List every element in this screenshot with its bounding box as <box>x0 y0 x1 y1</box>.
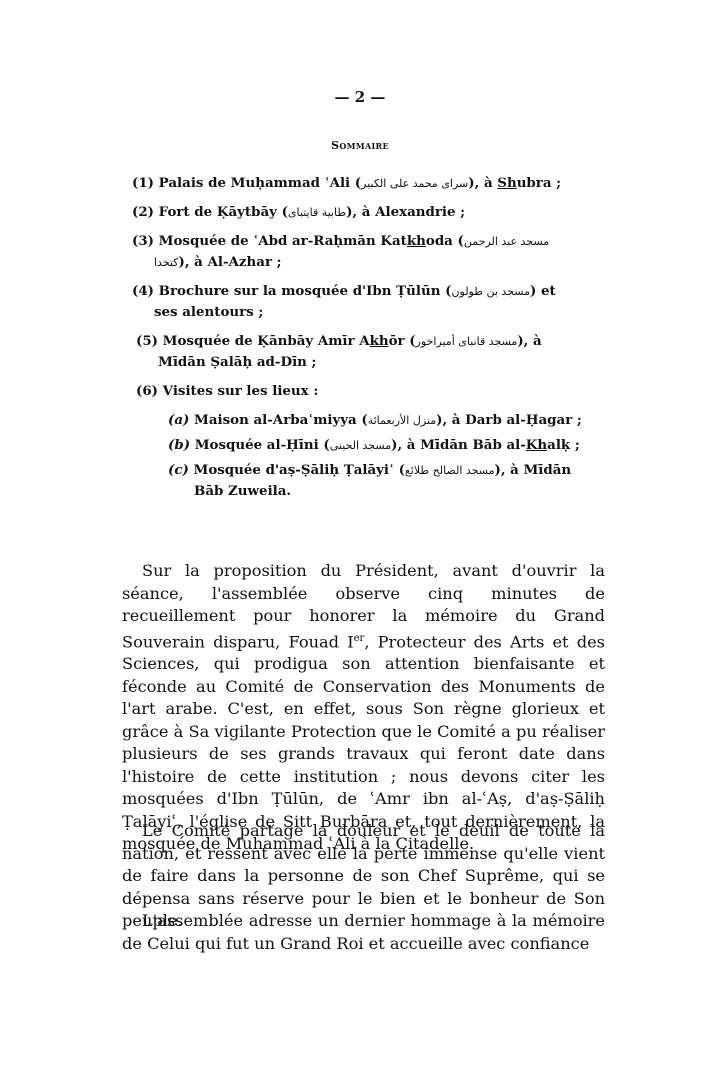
summary-item-4: (4) Brochure sur la mosquée d'Ibn Ṭūlūn … <box>132 281 582 323</box>
item-text: ), à Darb al-Ḥagar ; <box>436 412 582 428</box>
subitem-letter: (c) <box>168 462 189 478</box>
arabic-text: مسجد الحينى <box>330 439 391 452</box>
item-number: (3) <box>132 233 154 249</box>
summary-subitem-a: (a) Maison al-Arbaʿmiyya (منزل الأربعمائ… <box>168 410 582 431</box>
arabic-text: مسجد قانباى أميراخور <box>416 335 518 348</box>
underlined-text: kh <box>370 333 389 349</box>
item-number: (4) <box>132 283 154 299</box>
item-text: Maison al-Arbaʿmiyya ( <box>194 412 368 428</box>
item-text: oda ( <box>426 233 464 249</box>
item-text: Palais de Muḥammad ʿAli ( <box>159 175 361 191</box>
summary-item-6: (6) Visites sur les lieux : <box>136 381 582 402</box>
item-number: (1) <box>132 175 154 191</box>
section-title: Sommaire <box>0 139 720 152</box>
summary-item-1: (1) Palais de Muḥammad ʿAli (سراى محمد ع… <box>132 173 582 194</box>
paragraph-3: L'assemblée adresse un dernier hommage à… <box>122 910 605 955</box>
underlined-text: Kh <box>526 437 547 453</box>
item-text: ), à Al-Azhar ; <box>179 254 282 270</box>
page-number: — 2 — <box>0 88 720 106</box>
item-text: ubra ; <box>517 175 561 191</box>
arabic-text: منزل الأربعمائة <box>368 414 436 427</box>
arabic-text: مسجد بن طولون <box>451 285 530 298</box>
summary-subitem-b: (b) Mosquée al-Ḥīni (مسجد الحينى), à Mīd… <box>168 435 582 456</box>
item-number: (2) <box>132 204 154 220</box>
underlined-text: kh <box>407 233 426 249</box>
item-text: alḳ ; <box>547 437 580 453</box>
item-text: Mosquée al-Ḥīni ( <box>195 437 330 453</box>
item-text: ōr ( <box>389 333 416 349</box>
item-text: Fort de Ḳāytbāy ( <box>159 204 288 220</box>
superscript: er <box>354 633 365 644</box>
summary-list: (1) Palais de Muḥammad ʿAli (سراى محمد ع… <box>132 173 582 506</box>
summary-item-3: (3) Mosquée de ʿAbd ar-Raḥmān Katkhoda (… <box>132 231 582 273</box>
item-text: ), à Alexandrie ; <box>346 204 465 220</box>
paragraph-text: L'assemblée adresse un dernier hommage à… <box>122 910 605 955</box>
underlined-text: Sh <box>497 175 516 191</box>
summary-item-5: (5) Mosquée de Ḳānbāy Amīr Akhōr (مسجد ق… <box>136 331 582 373</box>
arabic-text: سراى محمد على الكبير <box>361 177 468 190</box>
arabic-text: طابية قايتباى <box>288 206 346 219</box>
item-number: (5) <box>136 333 158 349</box>
summary-item-2: (2) Fort de Ḳāytbāy (طابية قايتباى), à A… <box>132 202 582 223</box>
item-number: (6) <box>136 383 158 399</box>
item-text: ), à Mīdān Bāb al- <box>391 437 526 453</box>
item-text: Mosquée d'aṣ-Ṣāliḥ Ṭalāyiʿ ( <box>194 462 405 478</box>
item-text: Mosquée de ʿAbd ar-Raḥmān Kat <box>159 233 407 249</box>
item-text: Brochure sur la mosquée d'Ibn Ṭūlūn ( <box>159 283 452 299</box>
item-text: Visites sur les lieux : <box>163 383 319 399</box>
summary-subitem-c: (c) Mosquée d'aṣ-Ṣāliḥ Ṭalāyiʿ (مسجد الص… <box>168 460 582 502</box>
paragraph-1: Sur la proposition du Président, avant d… <box>122 560 605 856</box>
item-text: ), à <box>468 175 497 191</box>
subitem-letter: (a) <box>168 412 189 428</box>
arabic-text: مسجد الصالح طلائع <box>405 464 495 477</box>
item-text: Mosquée de Ḳānbāy Amīr A <box>163 333 370 349</box>
subitem-letter: (b) <box>168 437 190 453</box>
